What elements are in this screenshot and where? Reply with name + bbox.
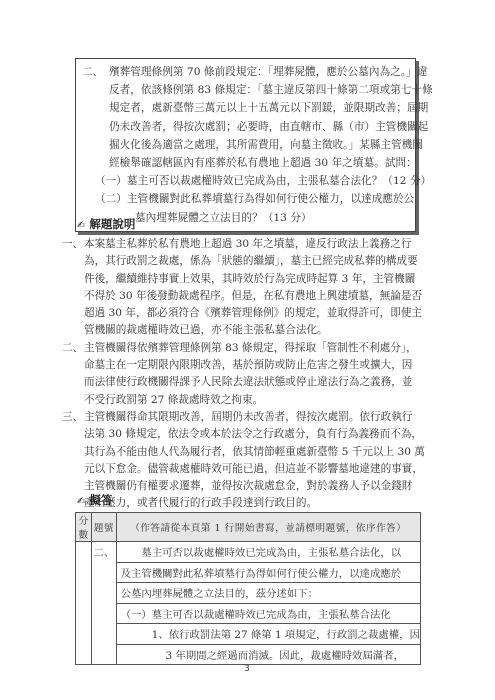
item-text: 命墓主在一定期限內限期改善，基於預防或防止危害之發生或擴大，因 [62,357,442,374]
item-text: 產上壓力，或者代履行的行政手段達到行政目的。 [62,495,442,512]
item-text: 件後，繼續維持事實上效果，其時效於行為完成時起算 3 年，主管機關 [62,271,442,288]
question-box: 二、殯葬管理條例第 70 條前段規定：「埋葬屍體，應於公墓內為之。」違 反者，依… [75,58,416,232]
question-line: 反者，依該條例第 83 條規定：「墓主違反第四十條第二項或第七十條 [82,81,411,99]
question-text: 殯葬管理條例第 70 條前段規定：「埋葬屍體，應於公墓內為之。」違 [109,66,427,78]
explanation-list: 一、本案墓主私葬於私有農地上超過 30 年之墳墓，違反行政法上義務之行 為，其行… [62,236,442,513]
table-row: 公墓內埋葬屍體之立法目的，茲分述如下： [76,583,421,604]
answer-heading: ✍ 擬答 [77,492,112,508]
answer-line: 3 年期間之經過而消滅。因此，裁處權時效屆滿者， [116,644,420,665]
answer-heading-text: 擬答 [89,493,112,507]
table-row: 及主管機關對此私葬墳墓行為得如何行使公權力，以達成應於 [76,562,421,583]
table-row: 二、 墓主可否以裁處權時效已完成為由，主張私墓合法化，以 [76,542,421,563]
item-number: 三、 [62,409,84,426]
explanation-heading-text: 解題說明 [89,217,135,231]
answer-line: 公墓內埋葬屍體之立法目的，茲分述如下： [116,583,420,604]
explanation-item-2: 二、主管機關得依殯葬管理條例第 83 條規定，得採取「管制性不利處分」， [62,340,442,357]
question-line: 規定者，處新臺幣三萬元以上十五萬元以下罰鍰，並限期改善；屆期 [82,99,411,117]
item-text: 而法律使行政機關得課予人民除去違法狀態或停止違法行為之義務，並 [62,374,442,391]
answer-line: 1、依行政罰法第 27 條第 1 項規定，行政罰之裁處權，因 [116,624,420,645]
item-text: 管機關的裁處權時效已過，亦不能主張私墓合法化。 [62,322,442,339]
item-text: 其行為不能由他人代為履行者，依其情節輕重處新臺幣 5 千元以上 30 萬 [62,444,442,461]
table-row: （一）墓主可否以裁處權時效已完成為由，主張私墓合法化 [76,603,421,624]
answer-table: 分數 題號 （作答請從本頁第 1 行開始書寫，並請標明題號，依序作答） 二、 墓… [75,512,421,665]
document-page: 二、殯葬管理條例第 70 條前段規定：「埋葬屍體，應於公墓內為之。」違 反者，依… [0,0,495,700]
answer-line: 及主管機關對此私葬墳墓行為得如何行使公權力，以達成應於 [116,562,420,583]
question-line: 二、殯葬管理條例第 70 條前段規定：「埋葬屍體，應於公墓內為之。」違 [82,63,411,81]
page-number: 3 [244,664,250,674]
question-number: 二、 [82,63,109,81]
answer-line: （一）墓主可否以裁處權時效已完成為由，主張私墓合法化 [116,603,420,624]
question-line: 經檢舉確認轄區內有座葬於私有農地上超過 30 年之墳墓。試問： [82,154,411,172]
question-number-cell: 二、 [92,542,116,665]
item-text: 主管機關仍有權要求遷葬，並得按次裁處怠金，對於義務人予以金錢財 [62,478,442,495]
sub-question-2: （二）主管機關對此私葬墳墓行為得如何行使公權力，以達成應於公 [82,190,411,208]
explanation-item-1: 一、本案墓主私葬於私有農地上超過 30 年之墳墓，違反行政法上義務之行 [62,236,442,253]
question-line: 仍未改善者，得按次處罰；必要時，由直轄市、縣（市）主管機關起 [82,118,411,136]
header-question-number: 題號 [92,513,116,542]
header-instructions: （作答請從本頁第 1 行開始書寫，並請標明題號，依序作答） [116,513,420,542]
item-text: 不得於 30 年後發動裁處程序。但是，在私有農地上興建墳墓，無論是否 [62,288,442,305]
item-text: 為，其行政罰之裁處，係為「狀態的繼續」，墓主已經完成私葬的構成要 [62,253,442,270]
item-text: 主管機關得依殯葬管理條例第 83 條規定，得採取「管制性不利處分」， [84,342,417,354]
answer-line: 墓主可否以裁處權時效已完成為由，主張私墓合法化，以 [116,542,420,563]
item-text: 本案墓主私葬於私有農地上超過 30 年之墳墓，違反行政法上義務之行 [84,238,411,250]
pen-writing-icon: ✍ [77,220,85,231]
explanation-item-3: 三、主管機關得命其限期改善，屆期仍未改善者，得按次處罰。依行政執行 [62,409,442,426]
item-text: 法第 30 條規定，依法令或本於法令之行政處分，負有行為義務而不為， [62,426,442,443]
table-header-row: 分數 題號 （作答請從本頁第 1 行開始書寫，並請標明題號，依序作答） [76,513,421,542]
table-row: 1、依行政罰法第 27 條第 1 項規定，行政罰之裁處權，因 [76,624,421,645]
question-line: 掘火化後為適當之處理，其所需費用，向墓主徵收。」某縣主管機關 [82,136,411,154]
item-number: 一、 [62,236,84,253]
score-cell [76,542,92,665]
header-score: 分數 [76,513,92,542]
explanation-heading: ✍ 解題說明 [77,216,135,232]
item-text: 不受行政罰第 27 條裁處時效之拘束。 [62,392,442,409]
item-number: 二、 [62,340,84,357]
item-text: 超過 30 年，都必須符合《殯葬管理條例》的規定，並取得許可，即使主 [62,305,442,322]
sub-question-1: （一）墓主可否以裁處權時效已完成為由，主張私墓合法化？（12 分） [82,172,411,190]
table-row: 3 年期間之經過而消滅。因此，裁處權時效屆滿者， [76,644,421,665]
item-text: 主管機關得命其限期改善，屆期仍未改善者，得按次處罰。依行政執行 [84,411,412,423]
pen-writing-icon: ✍ [77,496,85,507]
item-text: 元以下怠金。儘管裁處權時效可能已過，但這並不影響墓地違建的事實， [62,461,442,478]
